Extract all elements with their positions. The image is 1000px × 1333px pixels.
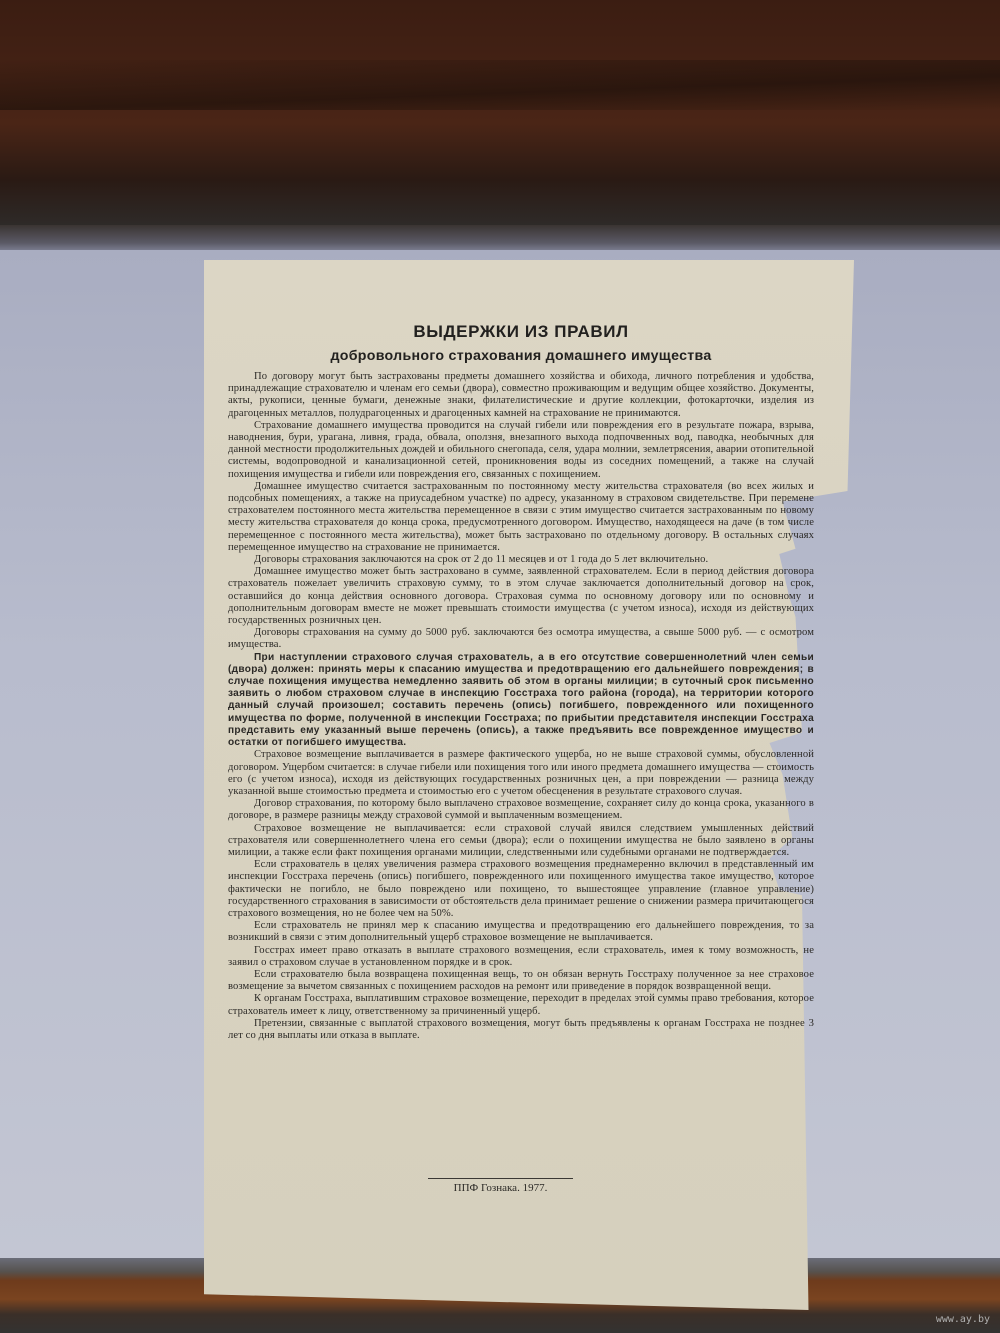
- paragraph-list: По договору могут быть застрахованы пред…: [228, 371, 814, 1042]
- paragraph: Договор страхования, по которому было вы…: [228, 798, 814, 822]
- printer-imprint: ППФ Гознака. 1977.: [428, 1178, 573, 1194]
- paragraph: При наступлении страхового случая страхо…: [228, 652, 814, 750]
- paragraph: К органам Госстраха, выплатившим страхов…: [228, 993, 814, 1017]
- paragraph: Если страхователь в целях увеличения раз…: [228, 859, 814, 920]
- paragraph: Претензии, связанные с выплатой страхово…: [228, 1018, 814, 1042]
- paragraph: Домашнее имущество считается застрахован…: [228, 481, 814, 554]
- paragraph: Домашнее имущество может быть застрахова…: [228, 566, 814, 627]
- wooden-shelf-top: [0, 0, 1000, 225]
- paragraph: Страхование домашнего имущества проводит…: [228, 420, 814, 481]
- paragraph: Страховое возмещение не выплачивается: е…: [228, 823, 814, 860]
- paragraph: Договоры страхования на сумму до 5000 ру…: [228, 627, 814, 651]
- site-watermark: www.ay.by: [936, 1314, 990, 1325]
- document-body: ВЫДЕРЖКИ ИЗ ПРАВИЛ добровольного страхов…: [228, 322, 814, 1042]
- paragraph: Если страхователь не принял мер к спасан…: [228, 920, 814, 944]
- paragraph: Госстрах имеет право отказать в выплате …: [228, 945, 814, 969]
- paragraph: Страховое возмещение выплачивается в раз…: [228, 749, 814, 798]
- document-subtitle: добровольного страхования домашнего имущ…: [228, 348, 814, 365]
- paragraph: По договору могут быть застрахованы пред…: [228, 371, 814, 420]
- paragraph: Договоры страхования заключаются на срок…: [228, 554, 814, 566]
- document-title: ВЫДЕРЖКИ ИЗ ПРАВИЛ: [228, 322, 814, 342]
- paragraph: Если страхователю была возвращена похище…: [228, 969, 814, 993]
